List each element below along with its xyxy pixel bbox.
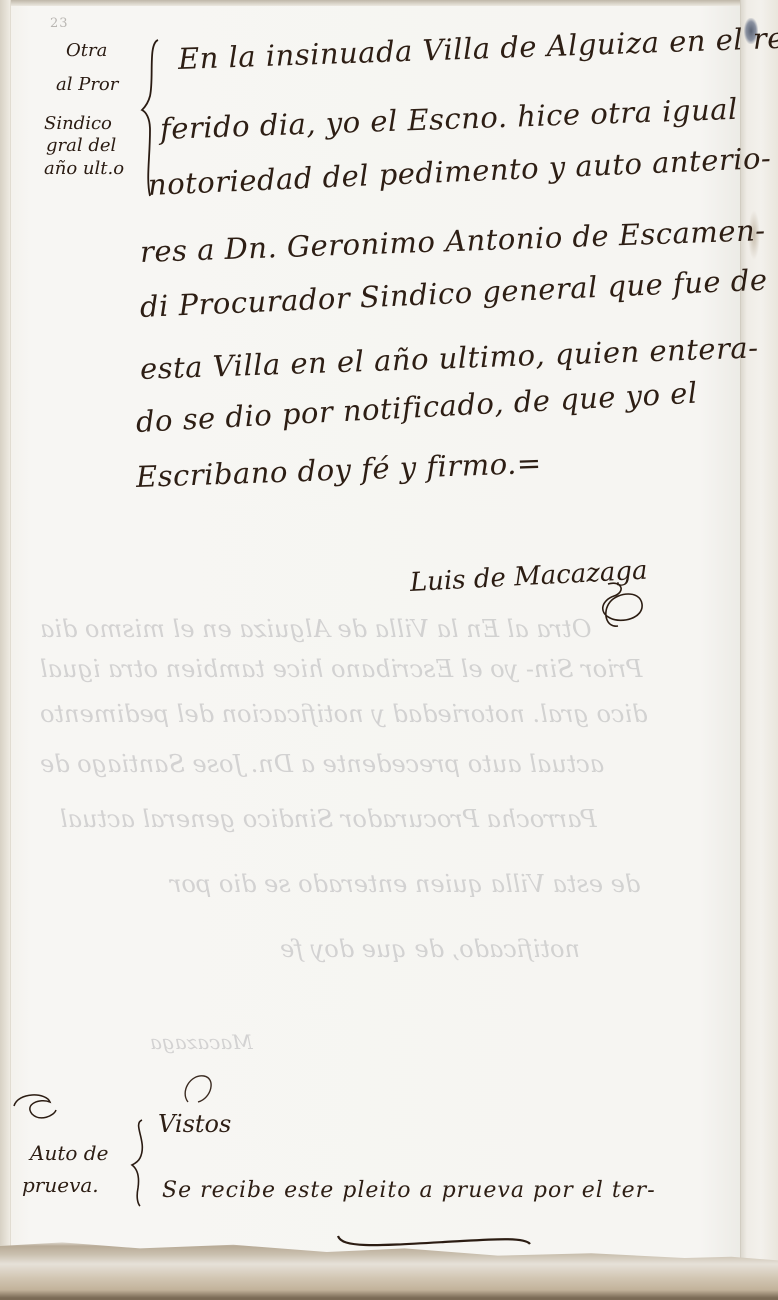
bleed-line: notificado, de que doy fe — [280, 935, 580, 963]
paper-top-edge — [0, 0, 778, 6]
body-line: do se dio por notificado, de que yo el — [135, 376, 698, 439]
body-line: Escribano doy fé y firmo.= — [135, 446, 542, 494]
manuscript-scan: 23 Otra al En la Villa de Alguiza en el … — [0, 0, 778, 1300]
vistos-heading: Vistos — [158, 1110, 231, 1138]
body-line-second-entry: Se recibe este pleito a prueva por el te… — [162, 1178, 656, 1203]
body-line: notoriedad del pedimento y auto anterio- — [147, 141, 772, 202]
body-line: di Procurador Sindico general que fue de — [139, 263, 768, 324]
margin-note-line: Sindico — [44, 113, 112, 135]
margin-note-line: año ult.o — [44, 158, 124, 180]
body-line: ferido dia, yo el Escno. hice otra igual — [159, 92, 738, 146]
brace-icon — [128, 1118, 158, 1208]
binding-edge — [740, 0, 778, 1300]
margin-note-line: al Pror — [56, 74, 118, 96]
body-line: En la insinuada Villa de Alguiza en el r… — [177, 20, 778, 76]
rubric-flourish-icon — [588, 578, 646, 630]
bleed-line: de esta Villa quien enterado se dio por — [170, 870, 640, 898]
margin-note-line: Auto de — [30, 1140, 108, 1166]
bleed-line: Parrocha Procurador Sindico general actu… — [60, 805, 597, 833]
margin-note-line: Otra — [66, 40, 107, 62]
margin-note-line: gral del — [46, 135, 116, 157]
bleed-line: Prior Sin- yo el Escribano hice tambien … — [40, 655, 642, 683]
paragraph-mark-icon — [10, 1088, 60, 1128]
bleed-line: dico gral. notoriedad y notificacion del… — [40, 700, 647, 728]
underline-flourish-icon — [334, 1232, 534, 1252]
bleed-signature: Macazaga — [150, 1030, 253, 1054]
page-number: 23 — [50, 16, 69, 31]
bleed-line: Otra al En la Villa de Alguiza en el mis… — [40, 615, 591, 643]
bleed-line: actual auto precedente a Dn. Jose Santia… — [40, 750, 604, 778]
flourish-icon — [180, 1072, 220, 1112]
margin-note-line: prueva. — [22, 1172, 99, 1198]
body-line: res a Dn. Geronimo Antonio de Escamen- — [139, 213, 766, 269]
